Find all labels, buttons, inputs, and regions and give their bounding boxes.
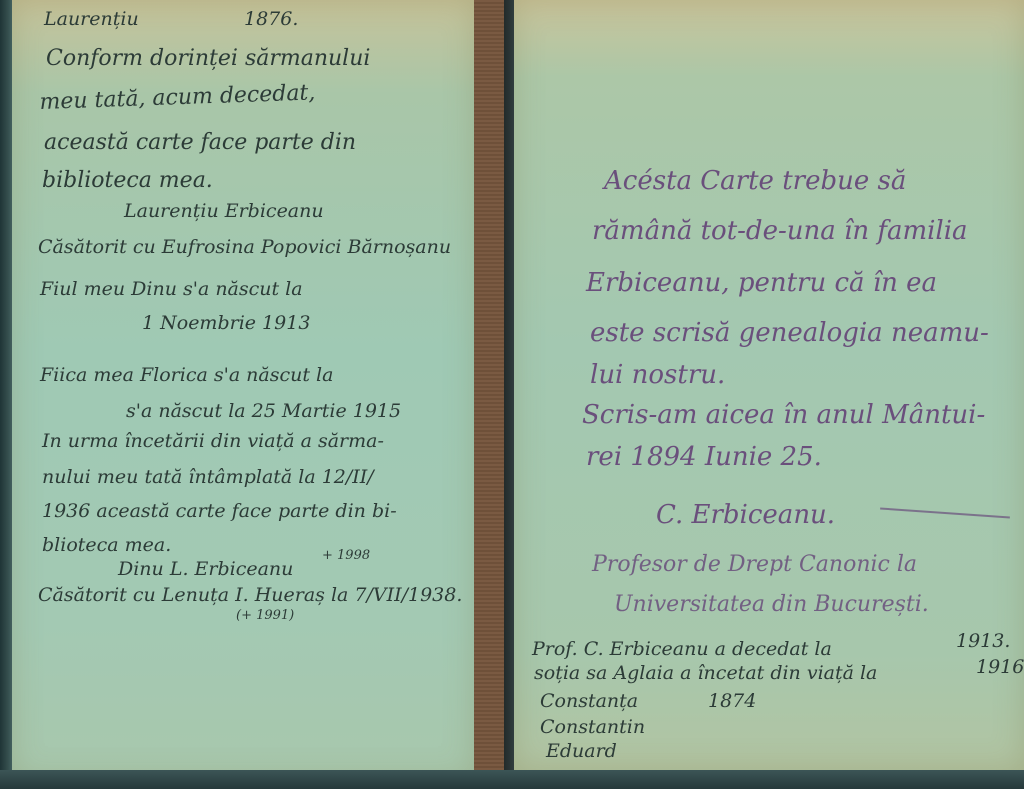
right-main-line: este scrisă genealogia neamu- — [590, 318, 989, 348]
daughter-birth-line: Fiica mea Florica s'a născut la — [40, 364, 333, 386]
professor-title-line: Universitatea din București. — [614, 592, 929, 617]
left-paragraph2-line: 1936 această carte face parte din bi- — [42, 500, 397, 522]
left-paragraph1-line: biblioteca mea. — [42, 168, 213, 193]
right-main-line: rămână tot-de-una în familia — [592, 216, 968, 246]
signature-dinu-note: + 1998 — [322, 548, 370, 563]
note-line: Prof. C. Erbiceanu a decedat la — [532, 638, 832, 660]
right-main-line: lui nostru. — [590, 360, 725, 390]
left-paragraph1-line: Conform dorinței sărmanului — [46, 46, 370, 71]
right-main-line: Scris-am aicea în anul Mântui- — [582, 400, 985, 430]
daughter-birth-date: s'a născut la 25 Martie 1915 — [126, 400, 401, 422]
married-line-1: Căsătorit cu Eufrosina Popovici Bărnoșan… — [38, 236, 451, 258]
note-year-1916: 1916 — [976, 656, 1024, 678]
right-main-line: rei 1894 Iunie 25. — [586, 442, 822, 472]
left-page — [12, 0, 474, 779]
book-bottom-edge — [0, 770, 1024, 789]
header-name: Laurențiu — [44, 8, 139, 30]
signature-dinu: Dinu L. Erbiceanu — [118, 558, 293, 580]
note-line: Eduard — [546, 740, 617, 762]
left-paragraph2-line: blioteca mea. — [42, 534, 171, 556]
note-year-1913: 1913. — [956, 630, 1010, 652]
right-main-line: Acésta Carte trebue să — [604, 166, 906, 196]
note-line: Constanța — [540, 690, 638, 712]
married-line-2-note: (+ 1991) — [236, 608, 294, 623]
header-year: 1876. — [244, 8, 298, 30]
signature-laurentiu: Laurențiu Erbiceanu — [124, 200, 324, 222]
right-main-line: Erbiceanu, pentru că în ea — [586, 268, 937, 298]
professor-title-line: Profesor de Drept Canonic la — [592, 552, 917, 577]
left-paragraph2-line: In urma încetării din viață a sărma- — [42, 430, 384, 452]
married-line-2: Căsătorit cu Lenuța I. Hueraș la 7/VII/1… — [38, 584, 462, 606]
note-year-1874: 1874 — [708, 690, 756, 712]
note-line: Constantin — [540, 716, 645, 738]
note-line: soția sa Aglaia a încetat din viață la — [534, 662, 877, 684]
left-paragraph1-line: această carte face parte din — [44, 130, 356, 155]
left-paragraph2-line: nului meu tată întâmplată la 12/II/ — [42, 466, 374, 488]
son-birth-date: 1 Noembrie 1913 — [142, 312, 310, 334]
book-spine — [474, 0, 504, 779]
son-birth-line: Fiul meu Dinu s'a născut la — [40, 278, 303, 300]
signature-c-erbiceanu: C. Erbiceanu. — [656, 500, 835, 530]
